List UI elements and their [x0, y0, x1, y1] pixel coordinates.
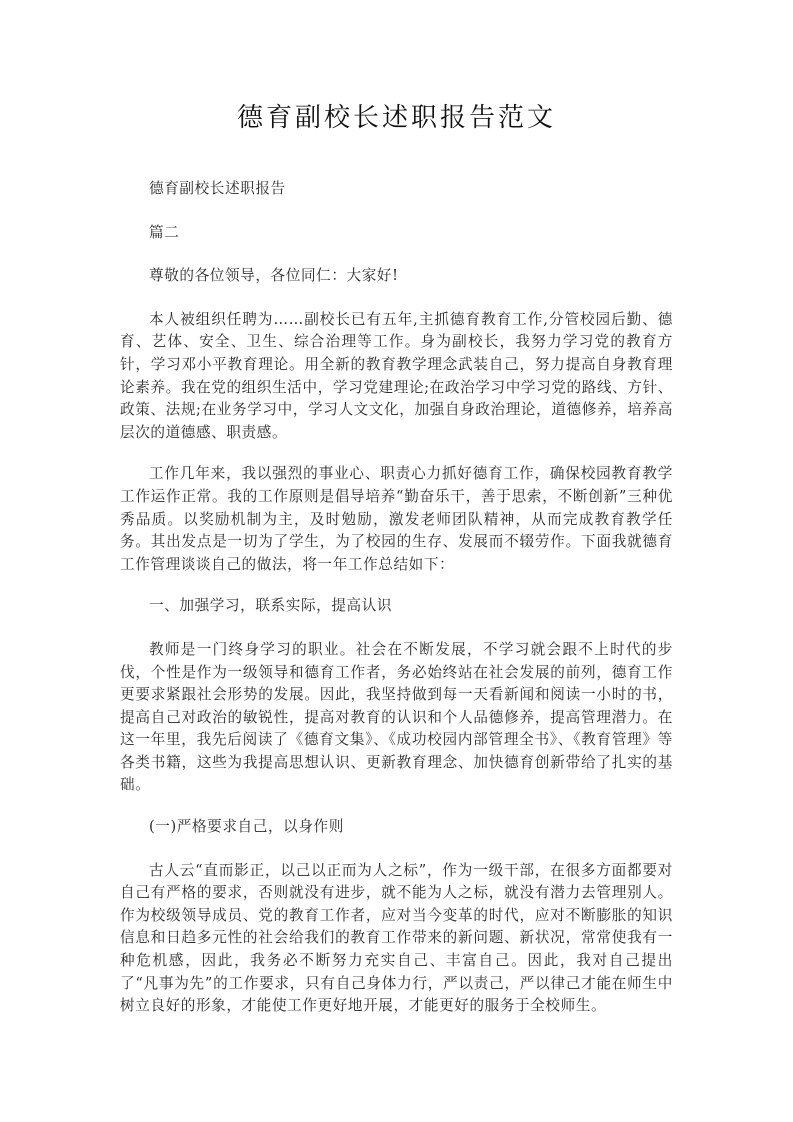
body-paragraph: 教师是一门终身学习的职业。社会在不断发展，不学习就会跟不上时代的步伐，个性是作为… — [120, 639, 673, 797]
document-title: 德育副校长述职报告范文 — [0, 98, 793, 138]
document-body: 德育副校长述职报告 篇二 尊敬的各位领导，各位同仁：大家好! 本人被组织任聘为…… — [120, 178, 673, 1037]
body-paragraph: 古人云“直而影正，以己以正而为人之标”，作为一级干部，在很多方面都要对自己有严格… — [120, 860, 673, 1018]
section-heading: 一、加强学习，联系实际，提高认识 — [120, 595, 673, 618]
greeting-paragraph: 尊敬的各位领导，各位同仁：大家好! — [120, 265, 673, 288]
section-label-paragraph: 篇二 — [120, 222, 673, 245]
subtitle-paragraph: 德育副校长述职报告 — [120, 178, 673, 201]
body-paragraph: 工作几年来，我以强烈的事业心、职责心力抓好德育工作，确保校园教育教学工作运作正常… — [120, 463, 673, 576]
subsection-heading: (一)严格要求自己，以身作则 — [120, 816, 673, 839]
document-page: 德育副校长述职报告范文 德育副校长述职报告 篇二 尊敬的各位领导，各位同仁：大家… — [0, 0, 793, 1122]
body-paragraph: 本人被组织任聘为……副校长已有五年,主抓德育教育工作,分管校园后勤、德育、艺体、… — [120, 309, 673, 445]
